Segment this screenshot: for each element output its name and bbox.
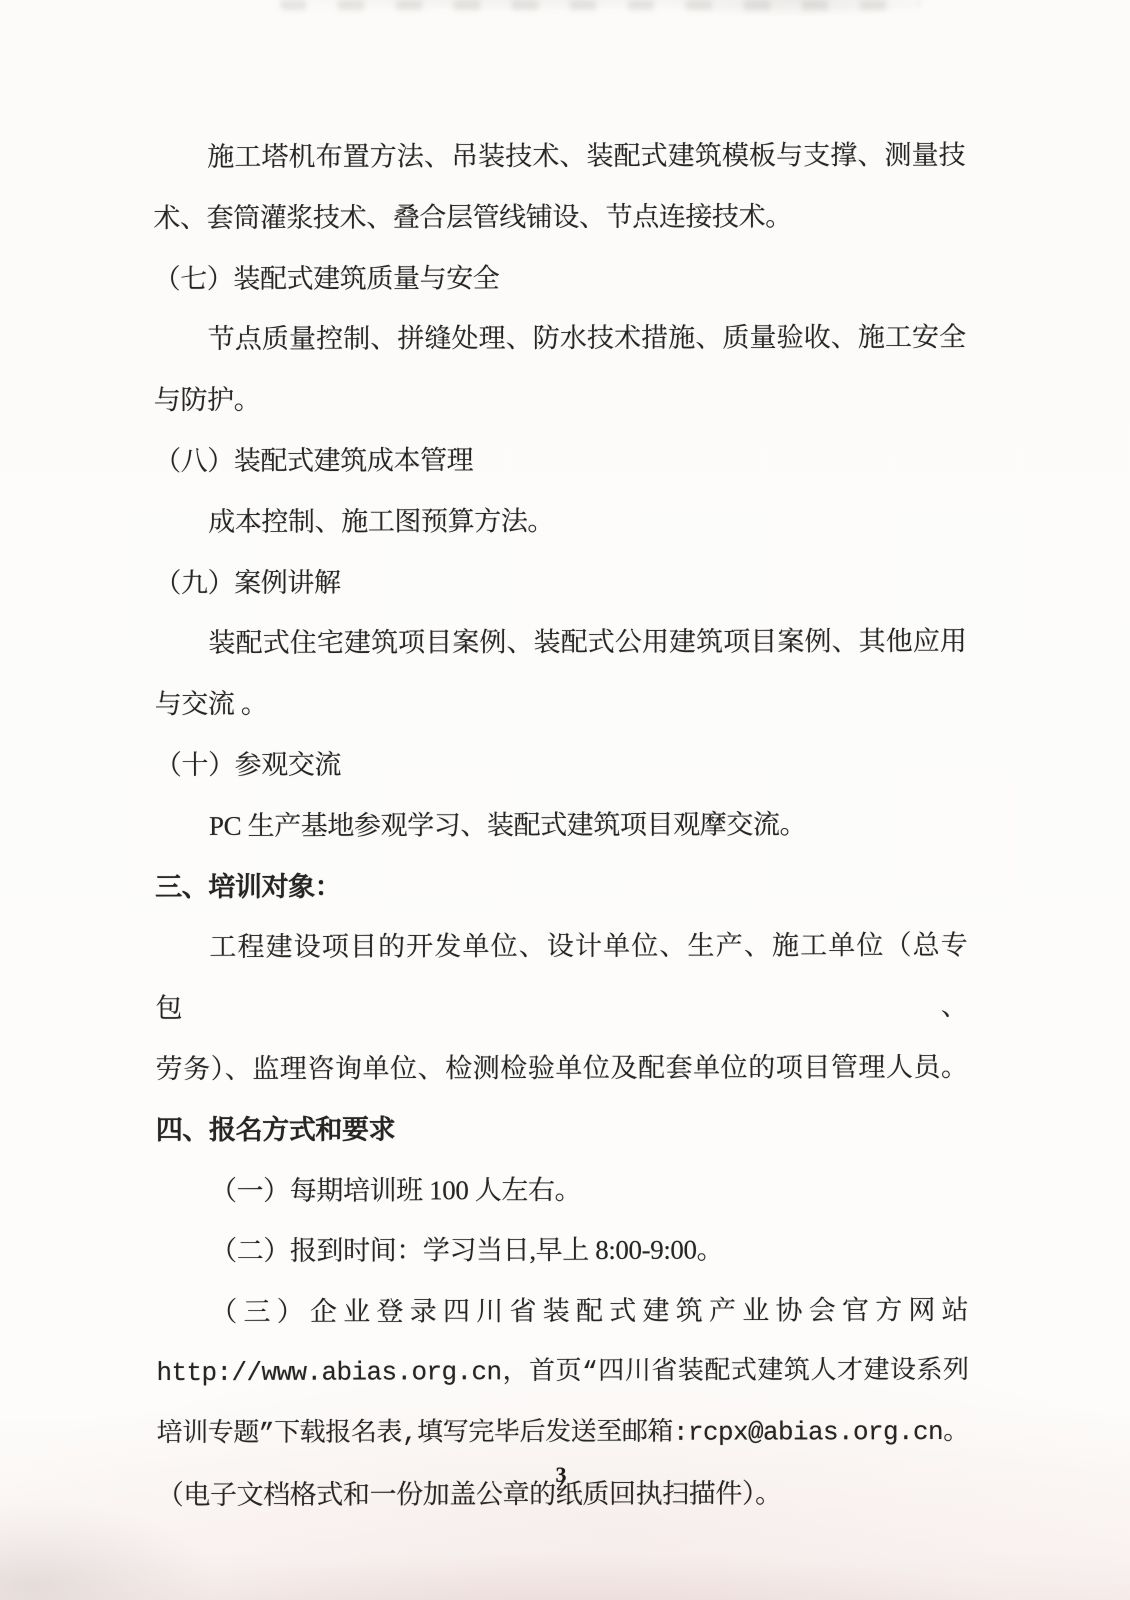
page-number: 3 xyxy=(155,1462,967,1488)
doc-line: 三、培训对象： xyxy=(155,854,967,917)
doc-line: （八）装配式建筑成本管理 xyxy=(154,429,966,492)
doc-line: 工程建设项目的开发单位、设计单位、生产、施工单位（总专包、 xyxy=(155,915,967,1039)
doc-line: （七）装配式建筑质量与安全 xyxy=(153,247,965,310)
doc-line: 与交流 。 xyxy=(155,672,967,735)
scanned-document-page: 施工塔机布置方法、吊装技术、装配式建筑模板与支撑、测量技术、套筒灌浆技术、叠合层… xyxy=(0,0,1130,1600)
doc-line: （九）案例讲解 xyxy=(154,551,966,614)
doc-line: http://www.abias.org.cn，首页“四川省装配式建筑人才建设系… xyxy=(156,1341,968,1404)
doc-line: 培训专题”下载报名表,填写完毕后发送至邮箱:rcpx@abias.org.cn。 xyxy=(157,1402,969,1465)
doc-line: 节点质量控制、拼缝处理、防水技术措施、质量验收、施工安全 xyxy=(154,307,966,370)
doc-line: PC 生产基地参观学习、装配式建筑项目观摩交流。 xyxy=(155,794,967,857)
doc-line: （十）参观交流 xyxy=(155,733,967,796)
doc-line: 装配式住宅建筑项目案例、装配式公用建筑项目案例、其他应用 xyxy=(154,611,966,674)
doc-line: 施工塔机布置方法、吊装技术、装配式建筑模板与支撑、测量技 xyxy=(153,125,965,188)
doc-line: （一）每期培训班 100 人左右。 xyxy=(156,1158,968,1221)
document-body: 施工塔机布置方法、吊装技术、装配式建筑模板与支撑、测量技术、套筒灌浆技术、叠合层… xyxy=(153,125,969,1525)
doc-line: （二）报到时间：学习当日,早上 8:00-9:00。 xyxy=(156,1219,968,1282)
doc-line: 劳务）、监理咨询单位、检测检验单位及配套单位的项目管理人员。 xyxy=(156,1037,968,1100)
doc-line: 与防护。 xyxy=(154,368,966,431)
doc-line: 四、报名方式和要求 xyxy=(156,1098,968,1161)
doc-line: 术、套筒灌浆技术、叠合层管线铺设、节点连接技术。 xyxy=(153,186,965,249)
doc-line: （三）企业登录四川省装配式建筑产业协会官方网站 xyxy=(156,1280,968,1343)
scan-edge-smudge xyxy=(280,0,920,10)
doc-line: 成本控制、施工图预算方法。 xyxy=(154,490,966,553)
